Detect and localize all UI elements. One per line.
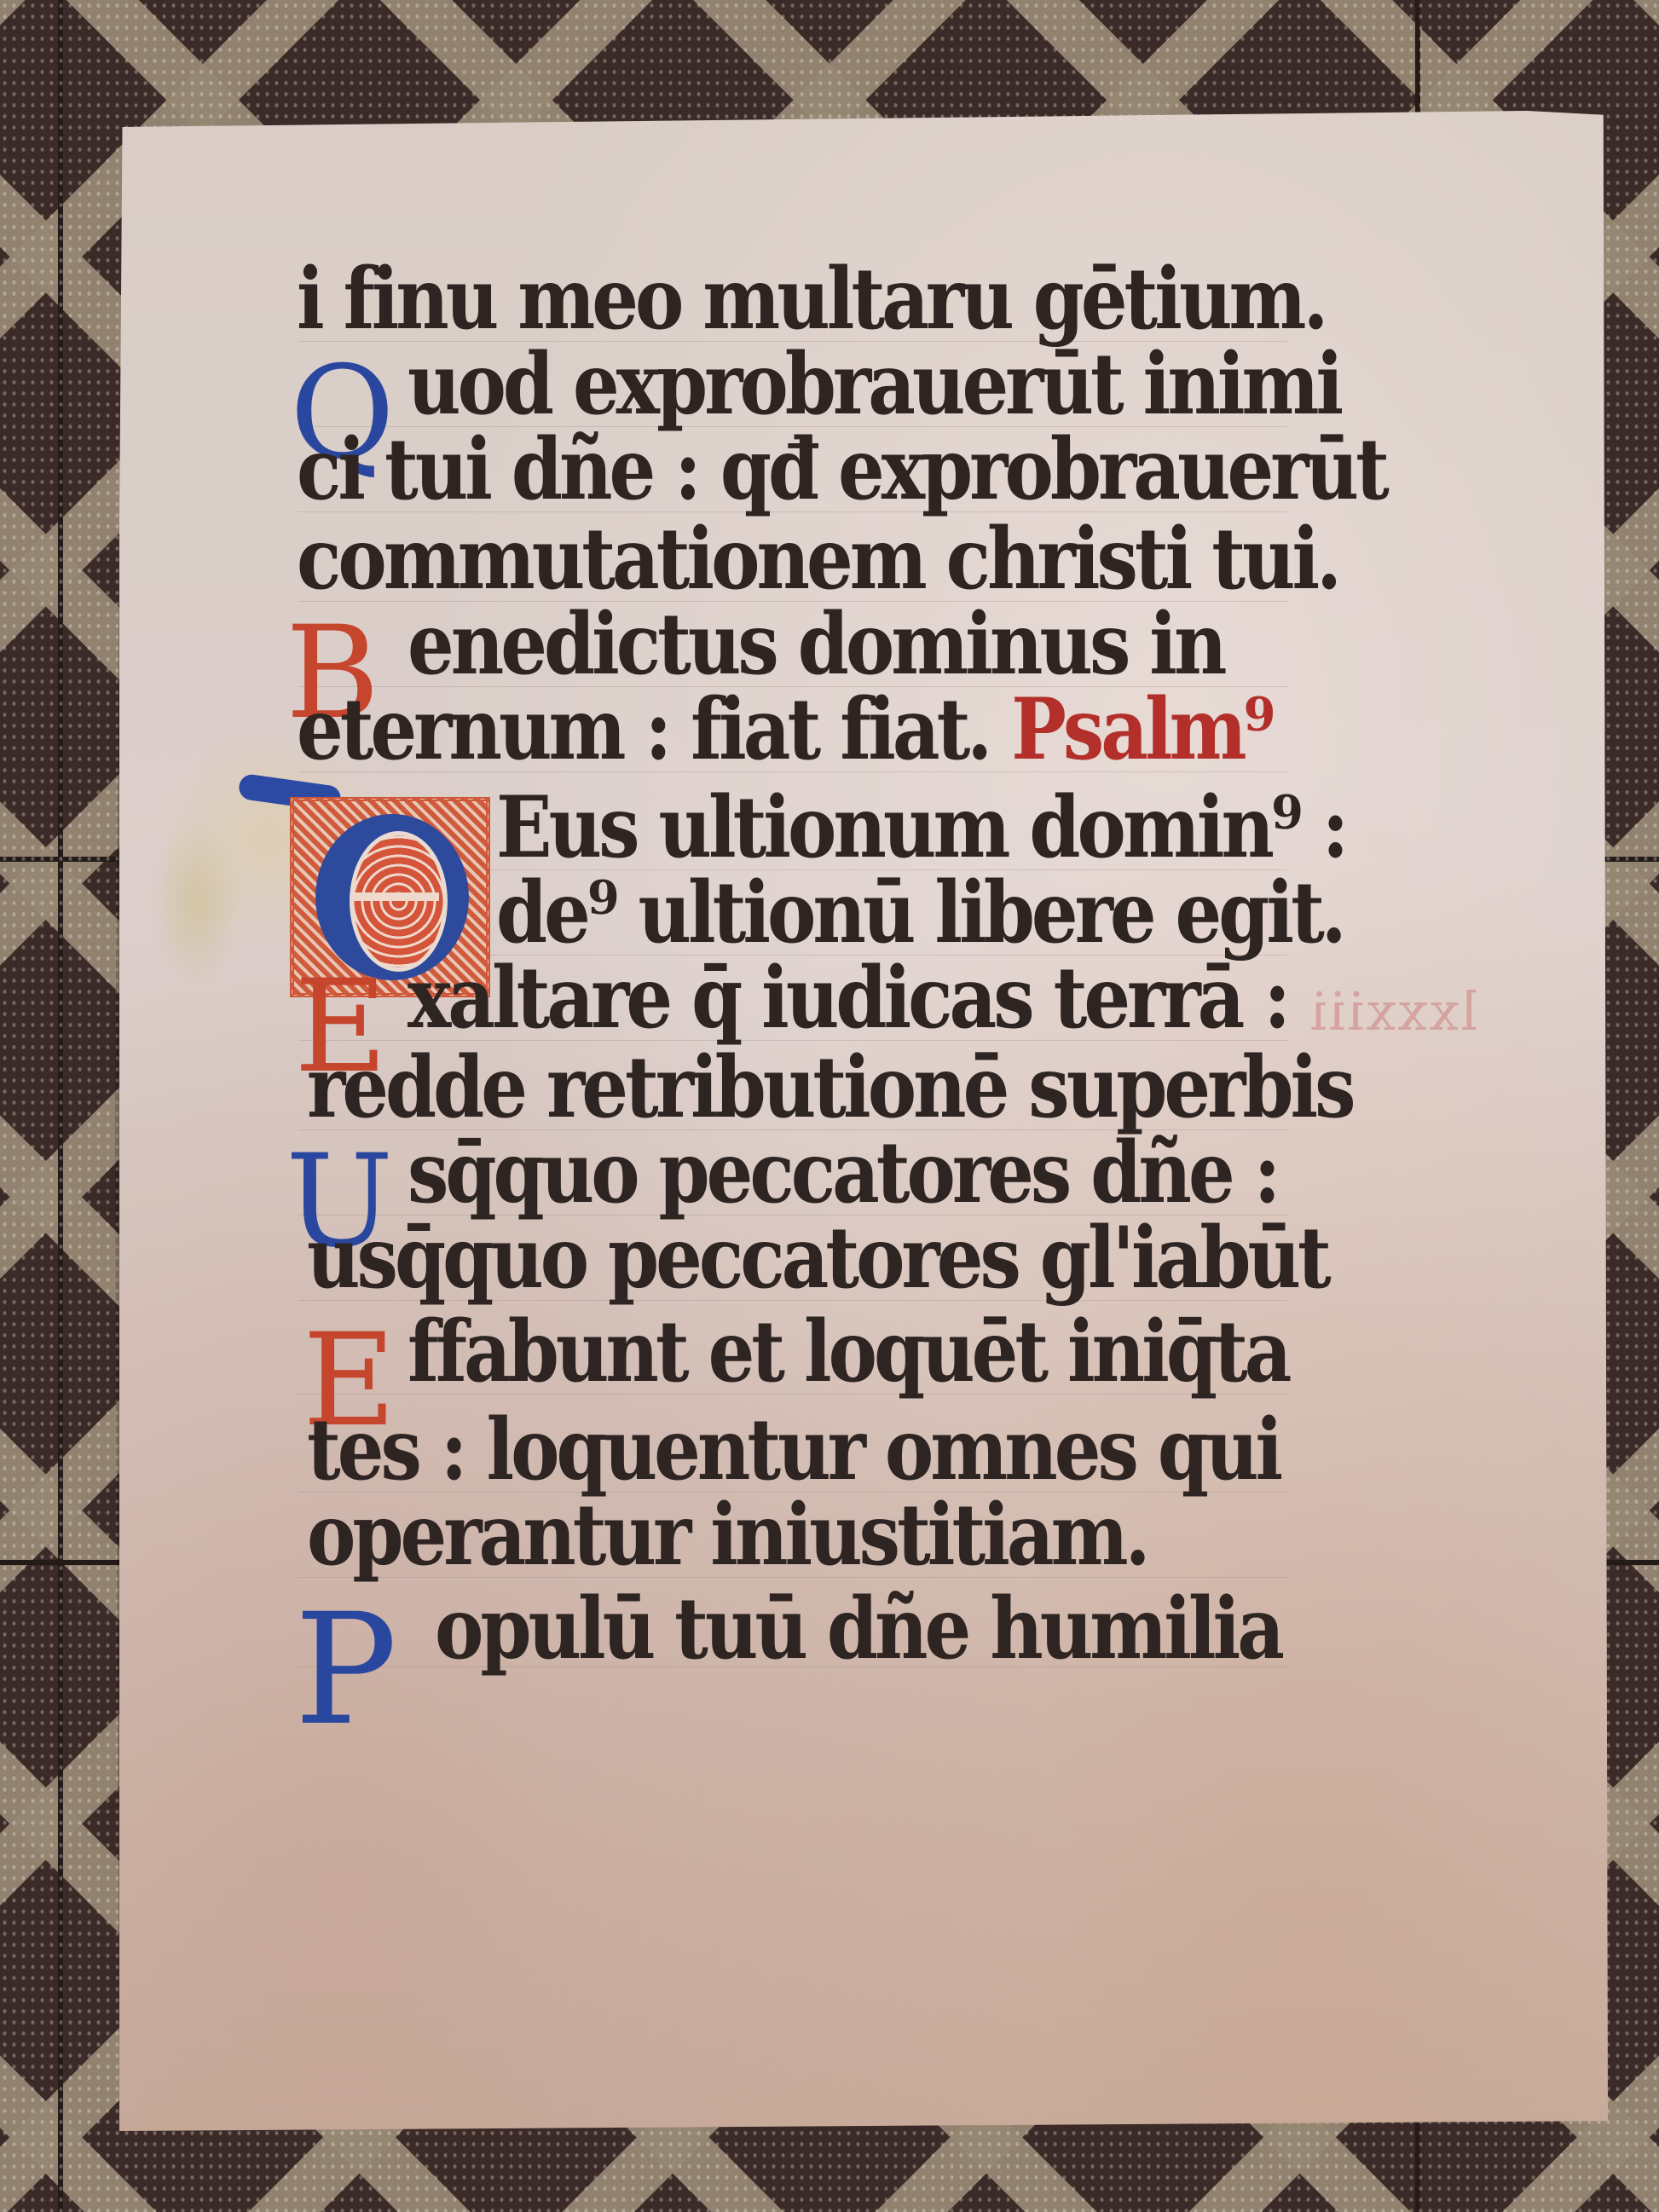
water-stain [149, 818, 243, 989]
text-line-13: ffabunt et loquēt iniq̄ta [408, 1310, 1288, 1395]
text-line-1: i finu meo multaru gētium. [297, 257, 1325, 342]
text-line-11: sq̄quo peccatores dñe : [408, 1131, 1277, 1216]
text-line-7: Eus ultionum domin⁹ : [496, 786, 1345, 870]
rubric-psalm: Psalm⁹ [1011, 680, 1272, 779]
text-line-3: ci tui dñe : qđ exprobrauerūt [297, 428, 1386, 512]
text-line-6: eternum : fiat fiat. Psalm⁹ [297, 688, 1272, 772]
tile-grout [58, 0, 63, 2212]
text-line-14: tes : loquentur omnes qui [307, 1408, 1280, 1493]
initial-p: P [294, 1594, 397, 1747]
text-line-16: opulū tuū dñe humilia [435, 1587, 1281, 1672]
text-line-10: redde retributionē superbis [307, 1046, 1353, 1130]
margin-showthrough-numeral: lxxxiii [1309, 980, 1477, 1042]
text-line-4: commutationem christi tui. [297, 517, 1338, 602]
text-line-5: enedictus dominus in [408, 603, 1224, 687]
text-line-9: xaltare q̄ iudicas terrā : [408, 956, 1287, 1041]
text-line-8: de⁹ ultionū libere egit. [496, 871, 1344, 956]
text-line-15: operantur iniustitiam. [307, 1493, 1147, 1578]
text-line-12: usq̄quo peccatores gl'iabūt [307, 1216, 1328, 1301]
text-line-2: uod exprobrauerūt inimi [408, 343, 1340, 427]
text-line-6-main: eternum : fiat fiat. [297, 680, 989, 779]
